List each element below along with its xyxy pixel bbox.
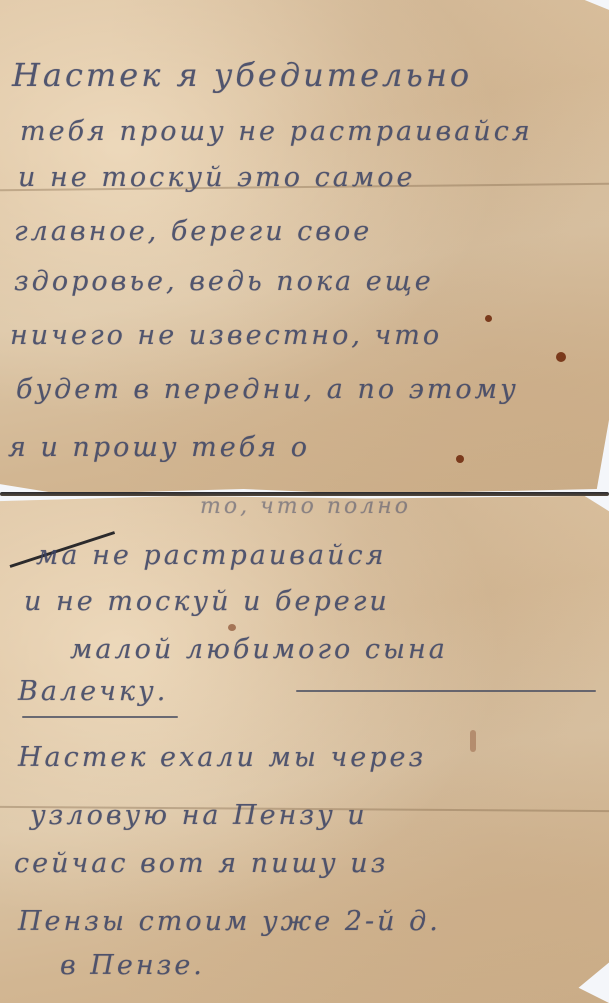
letter-line: и не тоскуй это самое	[18, 162, 415, 193]
letter-line: узловую на Пензу и	[30, 800, 368, 831]
letter-line: Настек я убедительно	[12, 56, 472, 94]
letter-line: и не тоскуй и береги	[24, 586, 390, 617]
letter-line: малой любимого сына	[70, 634, 448, 665]
stain	[556, 352, 566, 362]
underline	[296, 690, 596, 692]
stain	[456, 455, 464, 463]
letter-line: ничего не известно, что	[10, 320, 442, 351]
letter-line: ма не растраивайся	[36, 540, 387, 571]
letter-line: Валечку.	[18, 676, 168, 707]
letter-line: здоровье, ведь пока еще	[14, 266, 434, 297]
letter-line: в Пензе.	[60, 950, 205, 981]
letter-line: сейчас вот я пишу из	[14, 848, 388, 879]
stain	[228, 624, 236, 631]
stain	[485, 315, 492, 322]
letter-line: я и прошу тебя о	[8, 432, 310, 463]
letter-line: главное, береги свое	[14, 216, 372, 247]
letter-line: тебя прошу не растраивайся	[20, 116, 533, 147]
letter-line: Настек ехали мы через	[18, 742, 426, 773]
letter-line: будет в передни, а по этому	[16, 374, 519, 405]
underline	[22, 716, 178, 718]
stain	[470, 730, 476, 752]
letter-line: то, что полно	[200, 494, 411, 519]
letter-line: Пензы стоим уже 2-й д.	[18, 906, 441, 937]
